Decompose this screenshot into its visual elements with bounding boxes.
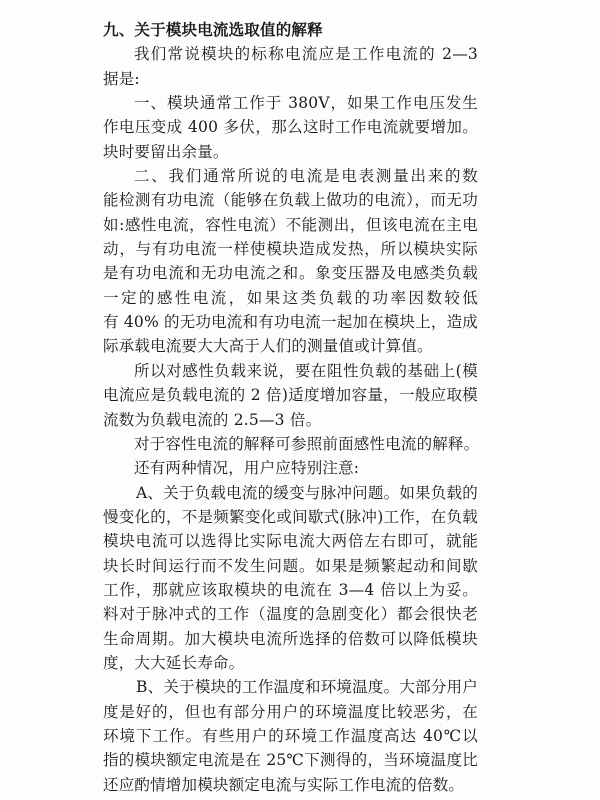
paragraph-a-line: 慢变化的，不是频繁变化或间歇式(脉冲)工作，在负载为阻性时 bbox=[103, 505, 478, 529]
paragraph-1-line: 作电压变成 400 多伏，那么这时工作电流就要增加。所以选择模 bbox=[103, 115, 478, 139]
paragraph-1-line: 块时要留出余量。 bbox=[103, 140, 478, 164]
paragraph-2-line: 动，与有功电流一样使模块造成发热，所以模块实际承受的电流 bbox=[103, 237, 478, 261]
text-column: 九、关于模块电流选取值的解释 我们常说模块的标称电流应是工作电流的 2—3 倍。… bbox=[103, 18, 478, 797]
paragraph-b-line: B、关于模块的工作温度和环境温度。大部分用户的环境温 bbox=[103, 675, 478, 699]
paragraph-a-line: 度，大大延长寿命。 bbox=[103, 651, 478, 675]
paragraph-1-line: 一、模块通常工作于 380V，如果工作电压发生变化，例如工 bbox=[103, 91, 478, 115]
scanned-page: 九、关于模块电流选取值的解释 我们常说模块的标称电流应是工作电流的 2—3 倍。… bbox=[0, 0, 600, 800]
paragraph-3-line: 电流应是负载电流的 2 倍)适度增加容量，一般应取模块额定电 bbox=[103, 383, 478, 407]
paragraph-intro-line: 据是: bbox=[103, 67, 478, 91]
paragraph-b-line: 度是好的，但也有部分用户的环境温度比较恶劣，在高温和高湿 bbox=[103, 700, 478, 724]
paragraph-a-line: 块长时间运行而不发生问题。如果是频繁起动和间歇(脉冲)式 bbox=[103, 554, 478, 578]
paragraph-2-line: 如:感性电流，容性电流）不能测出，但该电流在主电路上来回流 bbox=[103, 213, 478, 237]
section-title: 九、关于模块电流选取值的解释 bbox=[103, 18, 478, 42]
paragraph-3-line: 所以对感性负载来说，要在阻性负载的基础上(模块的额定 bbox=[103, 359, 478, 383]
paragraph-a-line: 工作，那就应该取模块的电流在 3—4 倍以上为妥。因为任何材 bbox=[103, 578, 478, 602]
paragraph-2-line: 一定的感性电流，如果这类负载的功率因数较低(如:0.6)，就会 bbox=[103, 286, 478, 310]
paragraph-b-line: 环境下工作。有些用户的环境工作温度高达 40℃以上，我们所 bbox=[103, 724, 478, 748]
paragraph-a-line: 料对于脉冲式的工作（温度的急剧变化）都会很快老化，衰减其 bbox=[103, 602, 478, 626]
paragraph-intro-line: 我们常说模块的标称电流应是工作电流的 2—3 倍。主要依 bbox=[103, 42, 478, 66]
paragraph-2-line: 际承载电流要大大高于人们的测量值或计算值。 bbox=[103, 334, 478, 358]
paragraph-b-line: 指的模块额定电流是在 25℃下测得的，当环境温度比较高时， bbox=[103, 748, 478, 772]
paragraph-a-line: 生命周期。加大模块电流所选择的倍数可以降低模块的疲劳程 bbox=[103, 627, 478, 651]
paragraph-a-line: 模块电流可以选得比实际电流大两倍左右即可，就能够保证模 bbox=[103, 529, 478, 553]
paragraph-a-line: A、关于负载电流的缓变与脉冲问题。如果负载的电流是缓 bbox=[103, 481, 478, 505]
paragraph-5-line: 还有两种情况，用户应特别注意: bbox=[103, 456, 478, 480]
paragraph-b-line: 还应酌情增加模块额定电流与实际工作电流的倍数。 bbox=[103, 773, 478, 797]
paragraph-3-line: 流数为负载电流的 2.5—3 倍。 bbox=[103, 408, 478, 432]
paragraph-2-line: 有 40% 的无功电流和有功电流一起加在模块上，造成模块的实 bbox=[103, 310, 478, 334]
paragraph-2-line: 二、我们通常所说的电流是电表测量出来的数值，而电表只 bbox=[103, 164, 478, 188]
paragraph-2-line: 是有功电流和无功电流之和。象变压器及电感类负载中就存在 bbox=[103, 261, 478, 285]
paragraph-2-line: 能检测有功电流（能够在负载上做功的电流），而无功电流（例 bbox=[103, 188, 478, 212]
paragraph-4-line: 对于容性电流的解释可参照前面感性电流的解释。 bbox=[103, 432, 478, 456]
